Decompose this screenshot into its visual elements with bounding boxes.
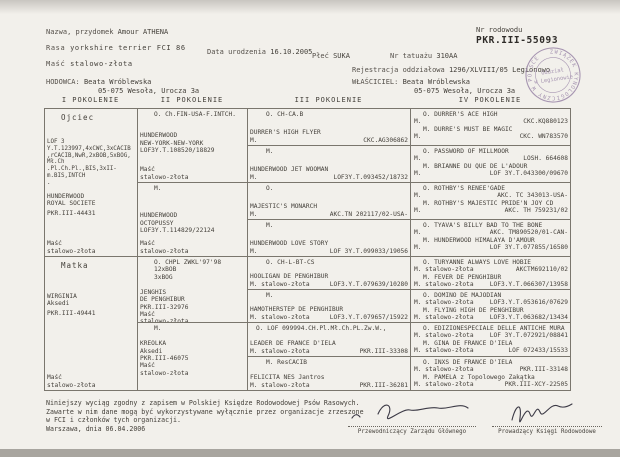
pedigree-no-label: Nr rodowodu [476, 26, 522, 35]
chairman-signature-block: Przewodniczący Zarządu Głównego [348, 404, 476, 435]
signature-icon [348, 400, 476, 426]
sire-cell: Ojciec LOF 3 Y.T.123997,4xCWC,3xCACIB ,r… [44, 108, 137, 256]
scan-edge [0, 449, 620, 457]
ancestor-color: M. stalowo-złota [414, 314, 474, 321]
ancestor-color: M. stalowo-złota [414, 366, 474, 373]
ancestor-reg: LOF3Y.T.093452/18732 [333, 174, 408, 181]
ancestor-reg: AKC. TC 343013-USA- [497, 192, 568, 199]
ancestor-color: M. [414, 229, 421, 236]
ancestor-name: M. ROTHBY'S MAJESTIC PRIDE'N JOY CD [413, 200, 568, 207]
ancestor-name: FELICITA NES Jantros [250, 374, 408, 381]
owner-label: WŁAŚCICIEL: [352, 78, 398, 86]
ancestor-color: M. stalowo-złota [250, 382, 310, 389]
ancestor-reg: LOSH. 664608 [523, 155, 568, 162]
col-header-gen1: I POKOLENIE [44, 96, 137, 104]
generation-headers: I POKOLENIE II POKOLENIE III POKOLENIE I… [44, 96, 570, 104]
ancestor-reg: LOF3.Y.T.053616/07629 [490, 299, 568, 306]
chairman-caption: Przewodniczący Zarządu Głównego [348, 429, 476, 435]
gen2-cell-4: M. KREOLKA Aksedi PKR.III-46075 Maść sta… [137, 322, 247, 390]
ancestor-reg: PKR.III-XCY-22505 [505, 381, 568, 388]
ancestor-color: M. [414, 244, 421, 251]
coat-color-label: Maść [46, 60, 65, 68]
ancestor-color: M. [250, 211, 257, 218]
ancestor-reg: LOF 3Y.T.077855/16580 [490, 244, 568, 251]
ancestor-color: M. stalowo-złota [414, 281, 474, 288]
dam-role-label: Matka [47, 259, 135, 271]
ancestor-titles: M. [250, 148, 408, 155]
ancestor-reg: LOF3Y.T.108520/18829 [140, 147, 245, 154]
gen3-cell-1: O. CH-CA.B DURRER'S HIGH FLYER M.CKC.AG3… [247, 108, 410, 145]
ancestor-titles: O. LOF 099994.CH.Pl.Mł.Ch.PL.Zw.W., [250, 325, 408, 332]
ancestor-name: O. DOMINO DE MAJODIAN [413, 292, 568, 299]
ancestor-color: M. stalowo-złota [414, 381, 474, 388]
ancestor-reg: LOF3.Y.T.079657/15922 [330, 314, 408, 321]
gen4-cell-6: O. DOMINO DE MAJODIAN M. stalowo-złotaLO… [410, 289, 570, 322]
coat-color-row: Maść stalowo-złota [46, 60, 133, 69]
ancestor-titles: M. [140, 185, 245, 192]
sex-row: Płeć SUKA [312, 52, 350, 61]
ancestor-color: M. stalowo-złota [414, 299, 474, 306]
breeder-address: 05-075 Wesoła, Urocza 3a [98, 87, 199, 95]
ancestor-name: M. BRIANNE DU QUE DE L'ADOUR [413, 163, 568, 170]
ancestor-reg: AKCTM692110/02 [516, 266, 568, 273]
sire-color: Maść stalowo-złota [47, 240, 135, 255]
ancestor-reg: PKR.III-33148 [520, 366, 568, 373]
owner-address: 05-075 Wesoła, Urocza 3a [414, 87, 515, 95]
ancestor-name: M. PAMELA z Topolowego Zakątka [413, 374, 568, 381]
ancestor-reg: LOF3Y.T.114829/22124 [140, 227, 245, 234]
dam-name: WIRGINIA Aksedi [47, 293, 135, 308]
ancestor-name: HAMOTHERSTEP DE PENGHIBUR [250, 306, 408, 313]
tattoo-row: Nr tatuażu 310AA [390, 52, 457, 61]
ancestor-reg: LOF 3Y.T.072921/08841 [490, 332, 568, 339]
ancestor-color: M. stalowo-złota [250, 281, 310, 288]
sire-reg: PKR.III-44431 [47, 210, 135, 217]
breeder-block: HODOWCA: Beata Wróblewska 05-075 Wesoła,… [46, 78, 199, 96]
col-header-gen4: IV POKOLENIE [410, 96, 570, 104]
ancestor-name: HUNDERWOOD JET WOOMAN [250, 166, 408, 173]
coat-color-value: stalowo-złota [70, 60, 133, 68]
sire-role-label: Ojciec [47, 111, 135, 123]
ancestor-titles: M. [250, 292, 408, 299]
ancestor-titles: O. [250, 185, 408, 192]
ancestor-color: M. stalowo-złota [250, 348, 310, 355]
gen2-cell-3: O. CHPL ZWKL'97'98 12xBOB 3xBOG JENGHIS … [137, 256, 247, 322]
ancestor-name: LEADER DE FRANCE D'IELA [250, 340, 408, 347]
ancestor-color: M. [414, 192, 421, 199]
ancestor-name: O. DURRER'S ACE HIGH [413, 111, 568, 118]
ancestor-name: O. PASSWORD OF MILLMOOR [413, 148, 568, 155]
ancestor-reg: LOF3.Y.T.079639/10280 [330, 281, 408, 288]
ancestor-color: Maść stalowo-złota [140, 166, 245, 181]
ancestor-reg: AKC. TH 759231/02 [505, 207, 568, 214]
gen3-cell-6: M. HAMOTHERSTEP DE PENGHIBUR M. stalowo-… [247, 289, 410, 322]
col-header-gen3: III POKOLENIE [247, 96, 410, 104]
ancestor-reg: AKC.TN 202117/02-USA- [330, 211, 408, 218]
gen4-cell-2: O. PASSWORD OF MILLMOOR M.LOSH. 664608 M… [410, 145, 570, 182]
dog-name-row: Nazwa, przydomek Amour ATHENA [46, 28, 168, 37]
ancestor-name: M. HUNDERWOOD HIMALAYA D'AMOUR [413, 237, 568, 244]
ancestor-titles: O. CH-CA.B [250, 111, 408, 118]
signatures: Przewodniczący Zarządu Głównego Prowadzą… [348, 404, 602, 435]
ancestor-reg: CKC. WN783570 [520, 133, 568, 140]
ancestor-name: M. GINA DE FRANCE D'IELA [413, 340, 568, 347]
signature-icon [492, 400, 602, 426]
ancestor-reg: PKR.III-33308 [360, 348, 408, 355]
ancestor-name: HUNDERWOOD OCTOPUSSY [140, 212, 245, 227]
gen3-cell-4: M. HUNDERWOOD LOVE STORY M.LOF 3Y.T.0990… [247, 219, 410, 256]
gen3-cell-3: O. MAJESTIC'S MONARCH M.AKC.TN 202117/02… [247, 182, 410, 219]
ancestor-name: KREOLKA Aksedi [140, 340, 245, 355]
gen2-cell-2: M. HUNDERWOOD OCTOPUSSY LOF3Y.T.114829/2… [137, 182, 247, 256]
registration-label: Rejestracja oddziałowa [352, 66, 445, 74]
ancestor-name: HUNDERWOOD LOVE STORY [250, 240, 408, 247]
sex-label: Płeć [312, 52, 329, 60]
ancestor-name: HUNDERWOOD NEW-YORK-NEW-YORK [140, 132, 245, 147]
ancestor-name: O. TYAVA'S BILLY BAD TO THE BONE [413, 222, 568, 229]
gen3-cell-7: O. LOF 099994.CH.Pl.Mł.Ch.PL.Zw.W., LEAD… [247, 322, 410, 356]
gen4-cell-5: O. TURYANNE ALWAYS LOVE HOBIE M. stalowo… [410, 256, 570, 289]
owner-name: Beata Wróblewska [403, 78, 470, 86]
breed-value: yorkshire terrier FCI 86 [70, 44, 186, 52]
ancestor-name: MAJESTIC'S MONARCH [250, 203, 408, 210]
sire-titles: LOF 3 Y.T.123997,4xCWC,3xCACIB ,rCACIB,N… [47, 139, 135, 187]
legal-notice: Niniejszy wyciąg zgodny z zapisem w Pols… [46, 399, 364, 433]
name-value: Amour ATHENA [118, 28, 169, 36]
ancestor-color: M. [414, 207, 421, 214]
gen3-cell-8: M. ResCACIB FELICITA NES Jantros M. stal… [247, 356, 410, 390]
ancestor-reg: LOF3.Y.T.066307/13958 [490, 281, 568, 288]
ancestor-reg: PKR.III-36281 [360, 382, 408, 389]
ancestor-color: M. stalowo-złota [414, 347, 474, 354]
sire-name: HUNDERWOOD ROYAL SOCIETE [47, 193, 135, 208]
registrar-caption: Prowadzący Księgi Rodowodowe [492, 429, 602, 435]
gen3-cell-5: O. CH-L-BT-CS HOOLIGAN DE PENGHIBUR M. s… [247, 256, 410, 289]
ancestor-color: M. [250, 248, 257, 255]
stamp-inner-line2: w Legionowie [534, 74, 573, 85]
ancestor-titles: O. CH-L-BT-CS [250, 259, 408, 266]
ancestor-color: M. stalowo-złota [250, 314, 310, 321]
ancestor-reg: CKC.KQ880123 [523, 118, 568, 125]
ancestor-reg: AKC. TM890520/01-CAN- [490, 229, 568, 236]
gen3-cell-2: M. HUNDERWOOD JET WOOMAN M.LOF3Y.T.09345… [247, 145, 410, 182]
gen4-cell-7: O. EDIZIONESPECIALE DELLE ANTICHE MURA M… [410, 322, 570, 356]
tattoo-value: 310AA [436, 52, 457, 60]
dam-reg: PKR.III-49441 [47, 310, 135, 317]
sex-value: SUKA [333, 52, 350, 60]
gen4-cell-8: O. INXS DE FRANCE D'IELA M. stalowo-złot… [410, 356, 570, 390]
gen4-cell-1: O. DURRER'S ACE HIGH M.CKC.KQ880123 M. D… [410, 108, 570, 145]
gen4-cell-3: O. ROTHBY'S RENEE'GADE M.AKC. TC 343013-… [410, 182, 570, 219]
ancestor-color: M. [414, 155, 421, 162]
ancestor-titles: M. [250, 222, 408, 229]
ancestor-titles: M. [140, 325, 245, 332]
ancestor-titles: O. CHPL ZWKL'97'98 12xBOB 3xBOG [140, 259, 245, 281]
birth-date-value: 16.10.2005 [270, 48, 312, 56]
breed-label: Rasa [46, 44, 65, 52]
ancestor-name: JENGHIS DE PENGHIBUR [140, 289, 245, 304]
owner-block: WŁAŚCICIEL: Beata Wróblewska 05-075 Weso… [352, 78, 515, 96]
ancestor-color: Maść stalowo-złota [140, 240, 245, 255]
ancestor-color: M. [414, 170, 421, 177]
ancestor-titles: O. Ch.FIN-USA-F.INTCH. [140, 111, 245, 118]
birth-date-label: Data urodzenia [207, 48, 266, 56]
ancestor-reg: LOF 3Y.T.099033/19056 [330, 248, 408, 255]
pedigree-table: Ojciec LOF 3 Y.T.123997,4xCWC,3xCACIB ,r… [44, 108, 571, 391]
ancestor-reg: LOF 3Y.T.043300/09670 [490, 170, 568, 177]
ancestor-color: M. [250, 137, 257, 144]
ancestor-name: O. TURYANNE ALWAYS LOVE HOBIE [413, 259, 568, 266]
breed-row: Rasa yorkshire terrier FCI 86 [46, 44, 186, 53]
tattoo-label: Nr tatuażu [390, 52, 432, 60]
ancestor-color: Maść stalowo-złota [140, 311, 245, 322]
ancestor-name: M. DURRE'S MUST BE MAGIC [413, 126, 568, 133]
ancestor-color: Maść stalowo-złota [140, 362, 245, 377]
ancestor-reg: CKC.AG306862 [363, 137, 408, 144]
ancestor-color: M. stalowo-złota [414, 266, 474, 273]
dam-color: Maść stalowo-złota [47, 374, 135, 389]
ancestor-name: DURRER'S HIGH FLYER [250, 129, 408, 136]
birth-date-row: Data urodzenia 16.10.2005 [207, 48, 312, 57]
name-label: Nazwa, przydomek [46, 28, 113, 36]
ancestor-name: O. EDIZIONESPECIALE DELLE ANTICHE MURA [413, 325, 568, 332]
ancestor-reg: LOF 072433/15533 [508, 347, 568, 354]
gen4-cell-4: O. TYAVA'S BILLY BAD TO THE BONE M.AKC. … [410, 219, 570, 256]
registrar-signature-block: Prowadzący Księgi Rodowodowe [492, 404, 602, 435]
dam-cell: Matka WIRGINIA Aksedi PKR.III-49441 Maść… [44, 256, 137, 390]
gen2-cell-1: O. Ch.FIN-USA-F.INTCH. HUNDERWOOD NEW-YO… [137, 108, 247, 182]
ancestor-color: M. [250, 174, 257, 181]
ancestor-name: O. INXS DE FRANCE D'IELA [413, 359, 568, 366]
ancestor-reg: LOF3.Y.T.063682/13434 [490, 314, 568, 321]
ancestor-name: O. ROTHBY'S RENEE'GADE [413, 185, 568, 192]
pedigree-certificate: Nazwa, przydomek Amour ATHENA Rasa yorks… [0, 0, 620, 457]
breeder-label: HODOWCA: [46, 78, 80, 86]
ancestor-color: M. [414, 118, 421, 125]
ancestor-color: M. [414, 133, 421, 140]
col-header-gen2: II POKOLENIE [137, 96, 247, 104]
ancestor-titles: M. ResCACIB [250, 359, 408, 366]
breeder-name: Beata Wróblewska [84, 78, 151, 86]
ancestor-reg: PKR.III-32976 [140, 304, 245, 311]
ancestor-reg: PKR.III-46075 [140, 355, 245, 362]
ancestor-color: M. stalowo-złota [414, 332, 474, 339]
ancestor-name: M. FLYING HIGH DE PENGHIBUR [413, 307, 568, 314]
ancestor-name: M. FEVER DE PENGHIBUR [413, 274, 568, 281]
ancestor-name: HOOLIGAN DE PENGHIBUR [250, 273, 408, 280]
